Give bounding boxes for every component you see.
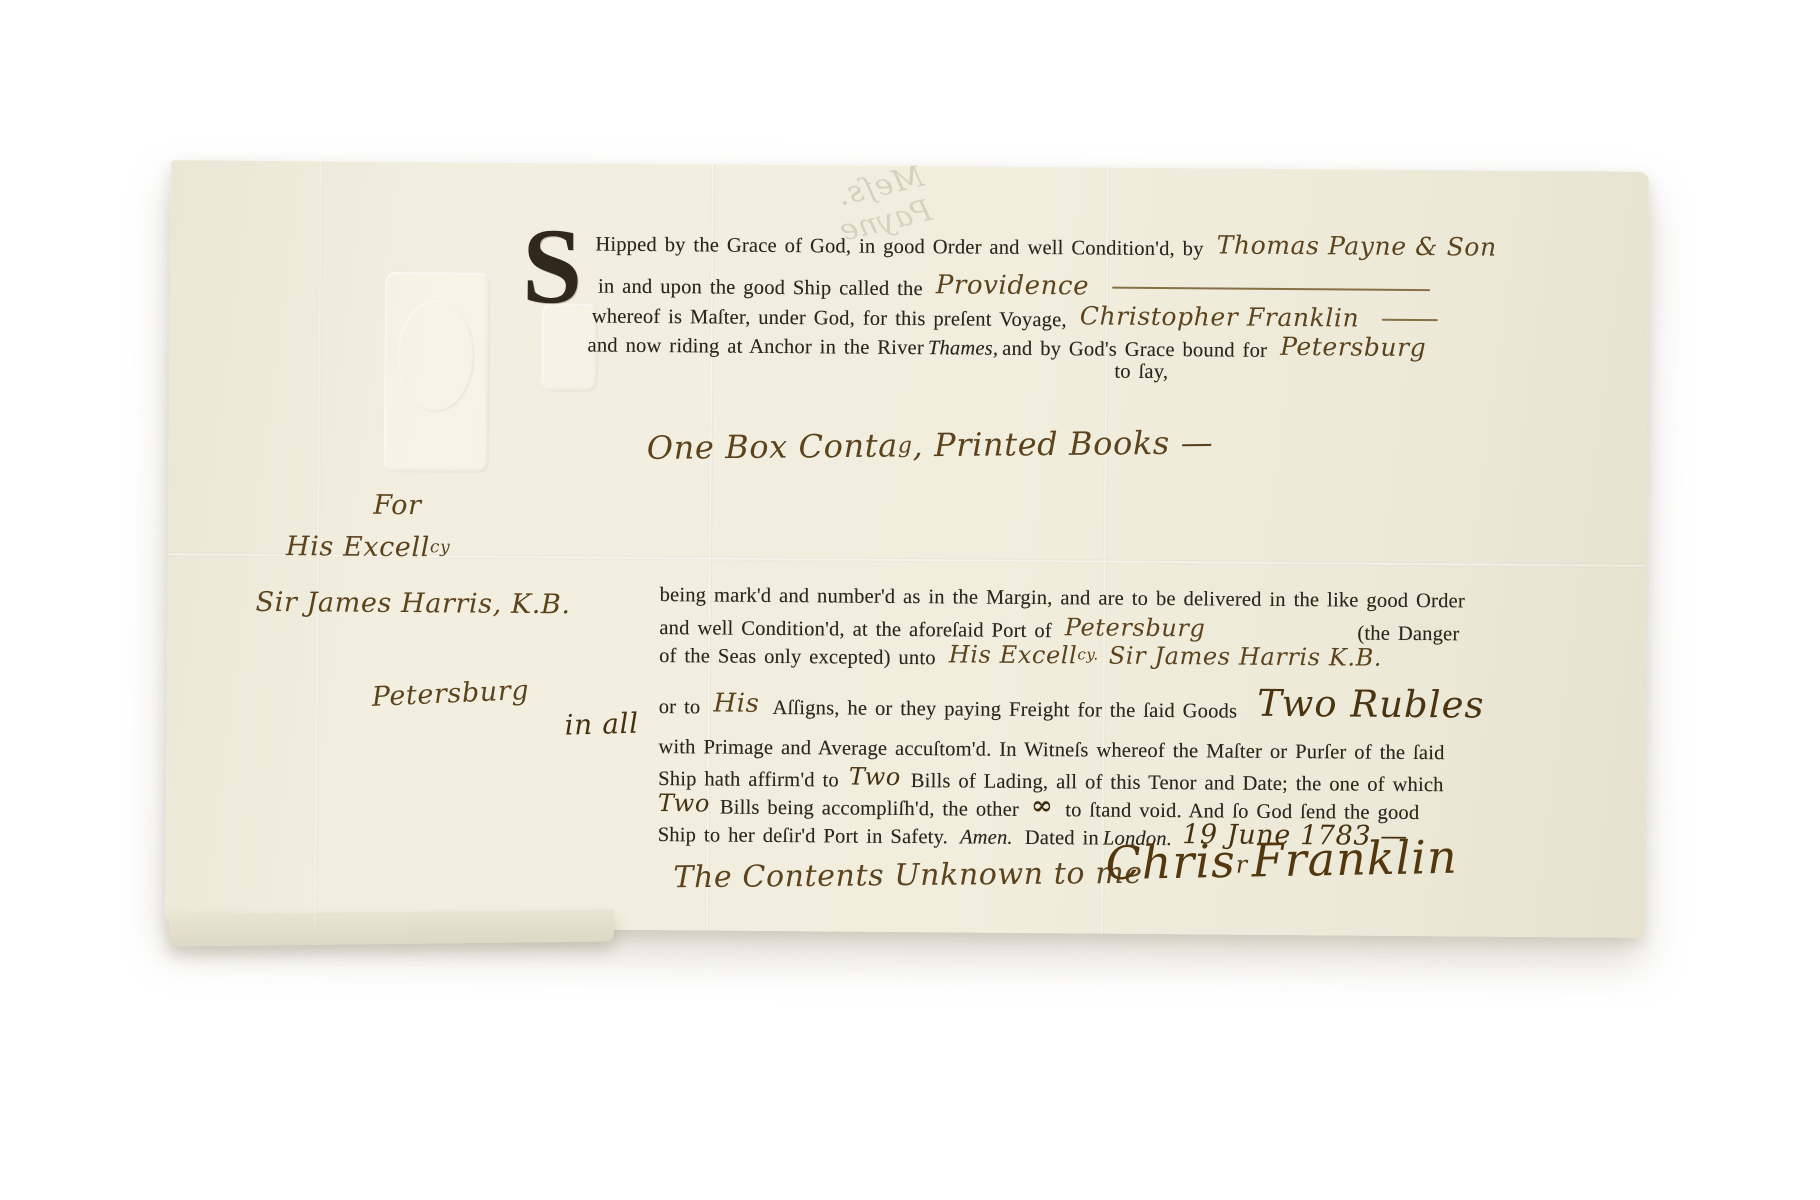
embossed-stamp-oval [397,300,476,413]
p2-or-to-text: or to [659,696,701,718]
p3-line4-text-a: Ship to her deſir'd Port in Safety. [658,824,948,848]
body-paragraph2-line: or to His Aſſigns, he or they paying Fre… [659,679,1485,728]
freight-amount-handwritten: Two Rubles [1257,682,1485,727]
shipper-name-handwritten: Thomas Payne & Son [1217,230,1497,261]
p3-line2-text-a: Ship hath affirm'd to [658,768,839,791]
river-name-italic: Thames, [928,337,998,360]
margin-note-for: For [373,492,421,523]
p1-line3-text: of the Seas only excepted) unto [659,645,936,669]
p1-consignee-handwritten-b: Sir James Harris K.B. [1109,642,1383,672]
p3-two-handwritten-1: Two [849,763,901,791]
justification-gap [1218,638,1353,639]
margin-note-addressee: Sir James Harris, K.B. [255,589,570,622]
body-paragraph3-line1: with Primage and Average accuſtom'd. In … [658,736,1444,765]
p3-two-handwritten-2: Two [658,789,710,817]
to-say-text: to ſay, [1114,361,1168,383]
margin-excellency-superscript: cy [430,537,450,557]
to-say-line: to ſay, [1114,361,1168,384]
body-paragraph1-line3: of the Seas only excepted) unto His Exce… [659,640,1382,674]
margin-note-in-all: in all [564,709,639,744]
p1-line2-end-text: (the Danger [1357,623,1459,646]
signature-superscript: r [1235,850,1248,878]
master-signature: Chrisr Franklin [1105,832,1458,892]
contents-unknown-text: The Contents Unknown to me [673,856,1143,896]
p1-port-handwritten: Petersburg [1065,613,1206,642]
line1-printed-text: Hipped by the Grace of God, in good Orde… [595,234,1203,261]
bill-of-lading-document: Meſs. Payne S Hipped by the Grace of God… [165,160,1649,938]
embossed-revenue-stamp-large [384,272,491,473]
photo-background: Meſs. Payne S Hipped by the Grace of God… [0,0,1820,1200]
body-paragraph1-line1: being mark'd and number'd as in the Marg… [660,584,1465,613]
ink-rule-line-short [1382,319,1438,321]
margin-note-port: Petersburg [371,677,530,715]
p2-assigns-text: Aſſigns, he or they paying Freight for t… [772,697,1237,723]
margin-for-text: For [373,490,421,521]
line4-printed-text-a: and now riding at Anchor in the River [588,334,924,359]
cargo-superscript: g [898,433,913,458]
signature-name-b: Franklin [1251,830,1458,888]
void-squiggle-mark: ∞ [1031,791,1054,821]
drop-cap-initial: S [522,213,583,321]
destination-port-handwritten: Petersburg [1280,332,1426,362]
p3-line1-text: with Primage and Average accuſtom'd. In … [658,736,1444,764]
line3-printed-text: whereof is Maſter, under God, for this p… [592,306,1067,332]
margin-addressee-text: Sir James Harris, K.B. [255,587,570,620]
margin-in-all-text: in all [564,707,639,742]
margin-port-text: Petersburg [371,675,530,713]
margin-excellency-text: His Excell [286,531,430,563]
margin-note-excellency: His Excellcy [286,533,451,565]
p3-line4-text-b: Dated in [1025,827,1099,850]
p1-line1-text: being mark'd and number'd as in the Marg… [660,584,1465,612]
cargo-text-a: One Box Conta [647,426,898,466]
contents-unknown-note: The Contents Unknown to me [673,858,1143,898]
p1-consignee-superscript: cy. [1077,645,1099,663]
printed-line-4: and now riding at Anchor in the River Th… [587,328,1435,364]
master-name-handwritten: Christopher Franklin [1080,301,1360,332]
ink-rule-line [1112,287,1430,291]
amen-italic-text: Amen. [960,826,1013,848]
line2-printed-text: in and upon the good Ship called the [598,276,923,301]
cargo-text-b: , Printed Books — [912,423,1213,464]
printed-line-1: Hipped by the Grace of God, in good Orde… [595,228,1506,264]
p1-line2-text: and well Condition'd, at the aforeſaid P… [659,617,1052,642]
paper-fold-flap [169,909,614,946]
signature-name-a: Chris [1105,834,1236,890]
cargo-description-handwritten: One Box Contag, Printed Books — [647,425,1214,468]
p1-consignee-handwritten-a: His Excell [949,640,1078,669]
p2-his-handwritten: His [713,688,759,718]
ship-name-handwritten: Providence [936,270,1090,301]
line4-printed-text-b: and by God's Grace bound for [1002,338,1267,362]
